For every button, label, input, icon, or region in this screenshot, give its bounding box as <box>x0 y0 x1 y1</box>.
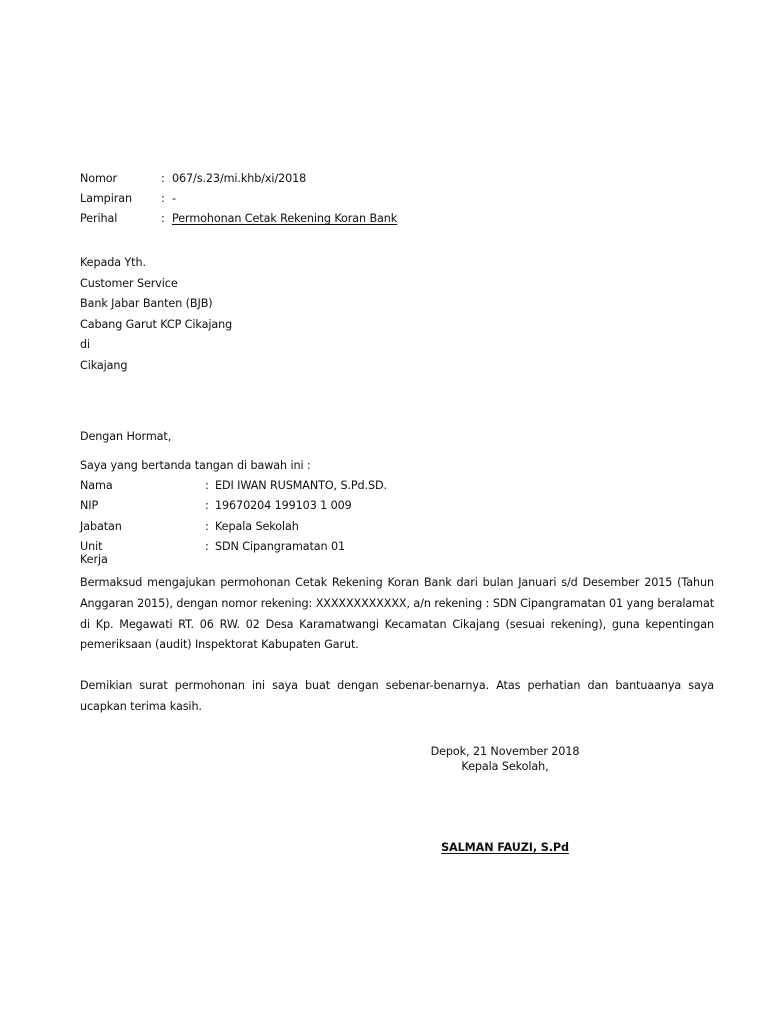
identity-label: Nama <box>80 479 113 492</box>
header-label: Perihal <box>80 212 117 225</box>
header-label: Nomor <box>80 172 117 185</box>
identity-label: Jabatan <box>80 520 122 533</box>
signature-place-date: Depok, 21 November 2018 <box>410 745 600 759</box>
identity-name: EDI IWAN RUSMANTO, S.Pd.SD. <box>215 479 387 492</box>
header-label: Lampiran <box>80 192 132 205</box>
attachment-value: - <box>172 192 176 205</box>
identity-label: NIP <box>80 499 98 512</box>
header-colon: : <box>161 172 165 185</box>
header-colon: : <box>161 212 165 225</box>
recipient-line: Customer Service <box>80 274 232 295</box>
identity-position: Kepala Sekolah <box>215 520 299 533</box>
letter-number: 067/s.23/mi.khb/xi/2018 <box>172 172 306 185</box>
recipient-line: di <box>80 335 232 356</box>
identity-colon: : <box>205 540 209 553</box>
identity-colon: : <box>205 520 209 533</box>
recipient-line: Kepada Yth. <box>80 253 232 274</box>
identity-colon: : <box>205 479 209 492</box>
recipient-address: Kepada Yth. Customer Service Bank Jabar … <box>80 253 232 377</box>
body-paragraph: Bermaksud mengajukan permohonan Cetak Re… <box>80 573 714 656</box>
recipient-line: Bank Jabar Banten (BJB) <box>80 294 232 315</box>
signature-name: SALMAN FAUZI, S.Pd <box>410 841 600 855</box>
identity-colon: : <box>205 499 209 512</box>
signature-position: Kepala Sekolah, <box>410 760 600 774</box>
closing-paragraph: Demikian surat permohonan ini saya buat … <box>80 676 714 718</box>
identity-label: Unit Kerja <box>80 540 108 566</box>
recipient-line: Cikajang <box>80 356 232 377</box>
salutation: Dengan Hormat, <box>80 430 171 443</box>
identity-nip: 19670204 199103 1 009 <box>215 499 352 512</box>
subject-value: Permohonan Cetak Rekening Koran Bank <box>172 212 397 225</box>
header-colon: : <box>161 192 165 205</box>
recipient-line: Cabang Garut KCP Cikajang <box>80 315 232 336</box>
identity-work-unit: SDN Cipangramatan 01 <box>215 540 345 553</box>
intro-text: Saya yang bertanda tangan di bawah ini : <box>80 459 311 472</box>
